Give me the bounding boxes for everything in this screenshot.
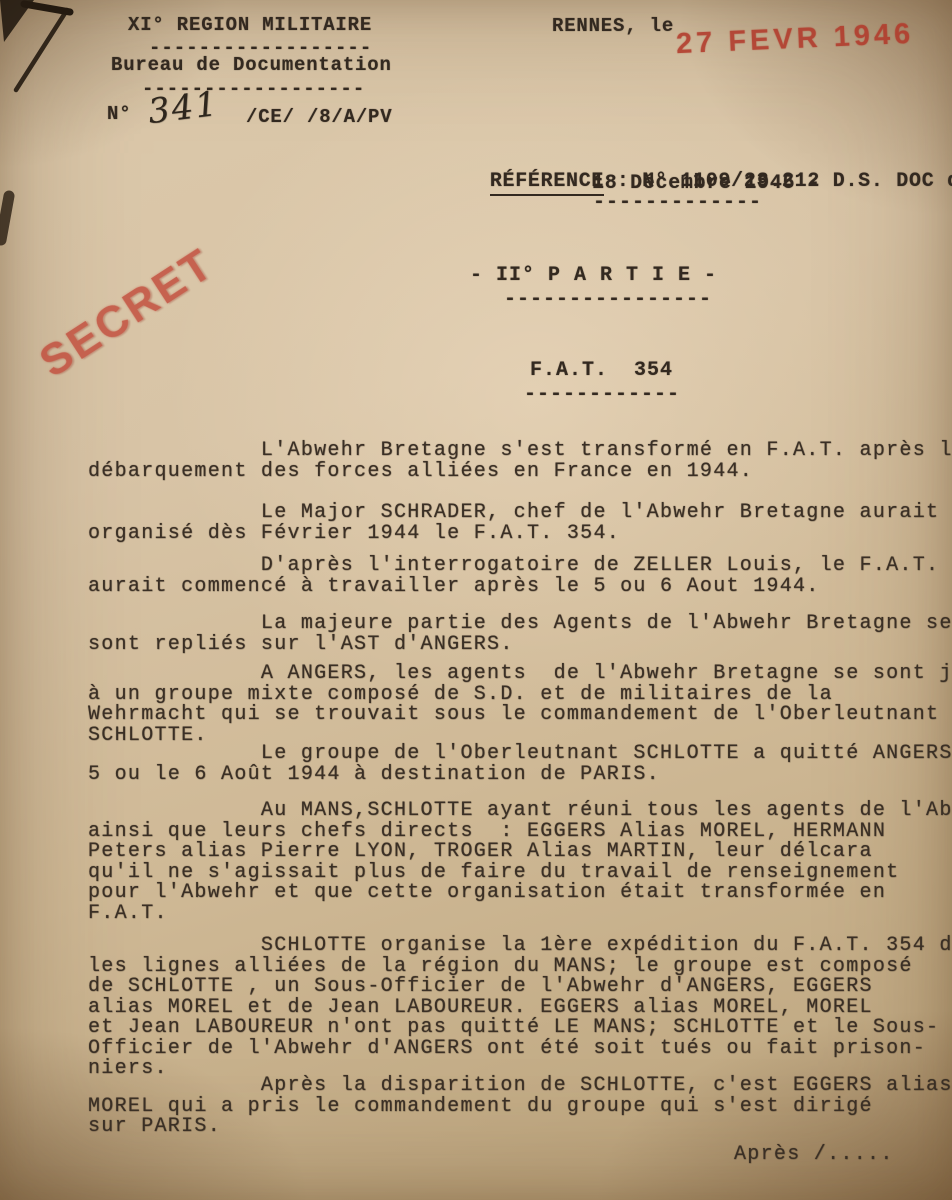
secret-stamp: SECRET [25,235,228,391]
document-number-suffix: /CE/ /8/A/PV [246,108,392,127]
reference-underline: ------------- [593,191,762,214]
part-title-underline: ---------------- [504,288,712,311]
header-bureau: Bureau de Documentation [111,56,392,75]
paragraph: La majeure partie des Agents de l'Abwehr… [88,614,952,655]
document-number-label: N° [107,105,131,124]
place-date-line: RENNES, le [552,17,674,36]
document-page: XI° REGION MILITAIRE ------------------ … [0,0,952,1200]
paragraph: Le groupe de l'Oberleutnant SCHLOTTE a q… [88,744,952,785]
pen-marks-icon [0,0,120,250]
paragraph: Au MANS,SCHLOTTE ayant réuni tous les ag… [88,801,952,924]
document-number-handwritten: 341 [146,84,221,132]
paragraph: SCHLOTTE organise la 1ère expédition du … [88,936,952,1080]
page-continuation-mark: Après /..... [734,1145,894,1166]
section-title-fat-354: F.A.T. 354 [530,359,673,382]
paragraph: A ANGERS, les agents de l'Abwehr Bretagn… [88,664,952,746]
date-stamp: 27 FEVR 1946 [675,18,914,61]
paragraph: Après la disparition de SCHLOTTE, c'est … [88,1076,952,1138]
paragraph: D'après l'interrogatoire de ZELLER Louis… [88,556,952,597]
reference-label: RÉFÉRENCE [490,170,604,196]
section-title-underline: ------------ [524,383,680,406]
paragraph: Le Major SCHRADER, chef de l'Abwehr Bret… [88,503,939,544]
paragraph: L'Abwehr Bretagne s'est transformé en F.… [88,441,952,482]
part-title: - II° P A R T I E - [470,264,717,287]
header-region: XI° REGION MILITAIRE [128,16,372,35]
